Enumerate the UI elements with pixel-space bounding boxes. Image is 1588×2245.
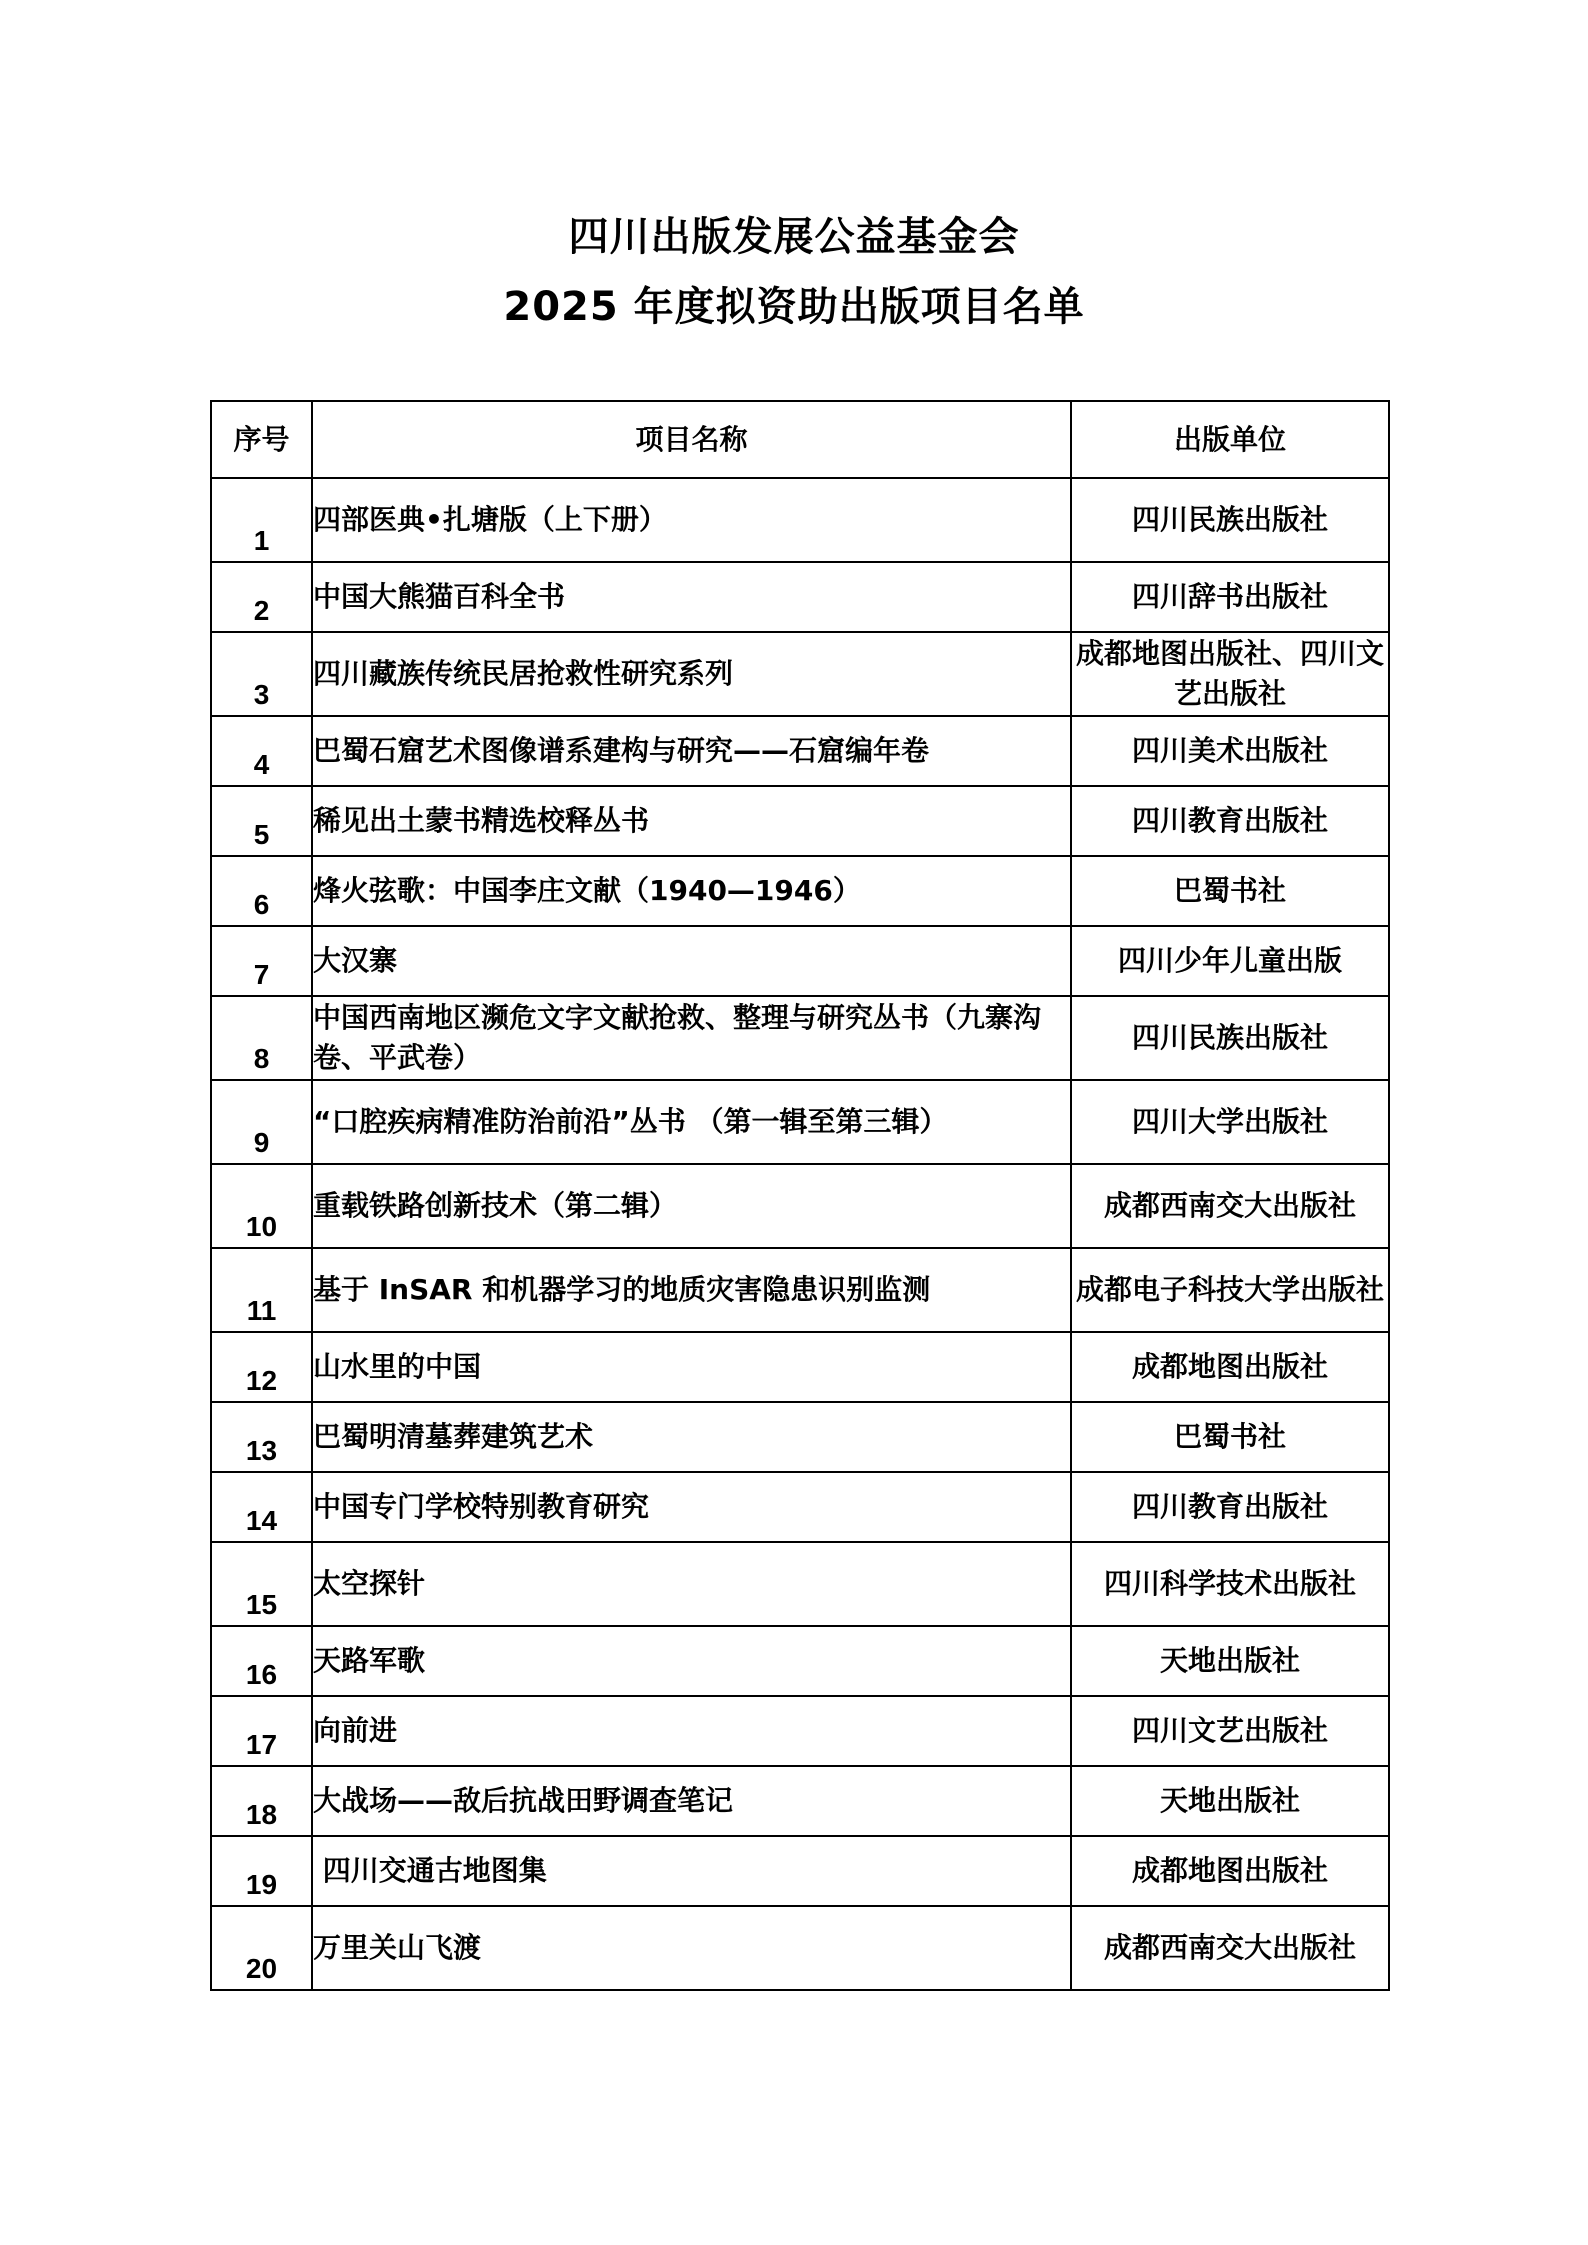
project-name: 万里关山飞渡 [312, 1906, 1071, 1990]
row-number: 11 [211, 1248, 312, 1332]
table-row: 12山水里的中国成都地图出版社 [211, 1332, 1389, 1402]
row-number: 5 [211, 786, 312, 856]
row-number: 8 [211, 996, 312, 1080]
table-row: 11基于 InSAR 和机器学习的地质灾害隐患识别监测成都电子科技大学出版社 [211, 1248, 1389, 1332]
publisher: 成都地图出版社、四川文艺出版社 [1071, 632, 1389, 716]
project-name: 山水里的中国 [312, 1332, 1071, 1402]
row-number: 7 [211, 926, 312, 996]
document-title: 四川出版发展公益基金会 [0, 205, 1588, 262]
table-row: 10重载铁路创新技术（第二辑）成都西南交大出版社 [211, 1164, 1389, 1248]
row-number: 3 [211, 632, 312, 716]
publisher: 成都地图出版社 [1071, 1836, 1389, 1906]
row-number: 1 [211, 478, 312, 562]
row-number: 9 [211, 1080, 312, 1164]
row-number: 13 [211, 1402, 312, 1472]
project-name: 太空探针 [312, 1542, 1071, 1626]
project-table: 序号 项目名称 出版单位 1四部医典•扎塘版（上下册）四川民族出版社 2中国大熊… [210, 400, 1390, 1991]
row-number: 10 [211, 1164, 312, 1248]
row-number: 14 [211, 1472, 312, 1542]
publisher: 四川少年儿童出版 [1071, 926, 1389, 996]
project-name: 中国大熊猫百科全书 [312, 562, 1071, 632]
row-number: 15 [211, 1542, 312, 1626]
table-row: 7大汉寨四川少年儿童出版 [211, 926, 1389, 996]
project-name: 巴蜀明清墓葬建筑艺术 [312, 1402, 1071, 1472]
table-header-row: 序号 项目名称 出版单位 [211, 401, 1389, 478]
publisher: 成都地图出版社 [1071, 1332, 1389, 1402]
table-row: 2中国大熊猫百科全书四川辞书出版社 [211, 562, 1389, 632]
project-name: 中国西南地区濒危文字文献抢救、整理与研究丛书（九寨沟卷、平武卷） [312, 996, 1071, 1080]
project-name: 大战场——敌后抗战田野调查笔记 [312, 1766, 1071, 1836]
project-name: 重载铁路创新技术（第二辑） [312, 1164, 1071, 1248]
project-name: 向前进 [312, 1696, 1071, 1766]
row-number: 18 [211, 1766, 312, 1836]
row-number: 20 [211, 1906, 312, 1990]
row-number: 16 [211, 1626, 312, 1696]
row-number: 4 [211, 716, 312, 786]
publisher: 四川辞书出版社 [1071, 562, 1389, 632]
project-name: 大汉寨 [312, 926, 1071, 996]
table-row: 14中国专门学校特别教育研究四川教育出版社 [211, 1472, 1389, 1542]
table-row: 20万里关山飞渡成都西南交大出版社 [211, 1906, 1389, 1990]
publisher: 成都西南交大出版社 [1071, 1164, 1389, 1248]
table-row: 3四川藏族传统民居抢救性研究系列成都地图出版社、四川文艺出版社 [211, 632, 1389, 716]
publisher: 天地出版社 [1071, 1766, 1389, 1836]
table-row: 15太空探针四川科学技术出版社 [211, 1542, 1389, 1626]
publisher: 成都电子科技大学出版社 [1071, 1248, 1389, 1332]
project-name: 天路军歌 [312, 1626, 1071, 1696]
publisher: 巴蜀书社 [1071, 1402, 1389, 1472]
table-row: 13巴蜀明清墓葬建筑艺术巴蜀书社 [211, 1402, 1389, 1472]
publisher: 四川科学技术出版社 [1071, 1542, 1389, 1626]
project-name: 四部医典•扎塘版（上下册） [312, 478, 1071, 562]
table-row: 6烽火弦歌：中国李庄文献（1940—1946）巴蜀书社 [211, 856, 1389, 926]
table-row: 9“口腔疾病精准防治前沿”丛书 （第一辑至第三辑）四川大学出版社 [211, 1080, 1389, 1164]
row-number: 19 [211, 1836, 312, 1906]
table-row: 4巴蜀石窟艺术图像谱系建构与研究——石窟编年卷四川美术出版社 [211, 716, 1389, 786]
project-name: 烽火弦歌：中国李庄文献（1940—1946） [312, 856, 1071, 926]
header-project-name: 项目名称 [312, 401, 1071, 478]
row-number: 12 [211, 1332, 312, 1402]
publisher: 四川教育出版社 [1071, 786, 1389, 856]
project-name: 中国专门学校特别教育研究 [312, 1472, 1071, 1542]
table-row: 16天路军歌天地出版社 [211, 1626, 1389, 1696]
project-name: 四川交通古地图集 [312, 1836, 1071, 1906]
table-row: 8中国西南地区濒危文字文献抢救、整理与研究丛书（九寨沟卷、平武卷）四川民族出版社 [211, 996, 1389, 1080]
row-number: 17 [211, 1696, 312, 1766]
project-name: 稀见出土蒙书精选校释丛书 [312, 786, 1071, 856]
publisher: 四川文艺出版社 [1071, 1696, 1389, 1766]
publisher: 四川民族出版社 [1071, 478, 1389, 562]
project-name: 基于 InSAR 和机器学习的地质灾害隐患识别监测 [312, 1248, 1071, 1332]
table-row: 18大战场——敌后抗战田野调查笔记天地出版社 [211, 1766, 1389, 1836]
publisher: 四川民族出版社 [1071, 996, 1389, 1080]
publisher: 四川美术出版社 [1071, 716, 1389, 786]
publisher: 四川大学出版社 [1071, 1080, 1389, 1164]
row-number: 6 [211, 856, 312, 926]
table-row: 5稀见出土蒙书精选校释丛书四川教育出版社 [211, 786, 1389, 856]
header-publisher: 出版单位 [1071, 401, 1389, 478]
header-number: 序号 [211, 401, 312, 478]
publisher: 天地出版社 [1071, 1626, 1389, 1696]
publisher: 四川教育出版社 [1071, 1472, 1389, 1542]
project-name: 四川藏族传统民居抢救性研究系列 [312, 632, 1071, 716]
project-name: “口腔疾病精准防治前沿”丛书 （第一辑至第三辑） [312, 1080, 1071, 1164]
publisher: 成都西南交大出版社 [1071, 1906, 1389, 1990]
table-row: 17向前进四川文艺出版社 [211, 1696, 1389, 1766]
project-name: 巴蜀石窟艺术图像谱系建构与研究——石窟编年卷 [312, 716, 1071, 786]
row-number: 2 [211, 562, 312, 632]
table-row: 1四部医典•扎塘版（上下册）四川民族出版社 [211, 478, 1389, 562]
publisher: 巴蜀书社 [1071, 856, 1389, 926]
table-row: 19 四川交通古地图集成都地图出版社 [211, 1836, 1389, 1906]
document-subtitle: 2025 年度拟资助出版项目名单 [0, 275, 1588, 332]
